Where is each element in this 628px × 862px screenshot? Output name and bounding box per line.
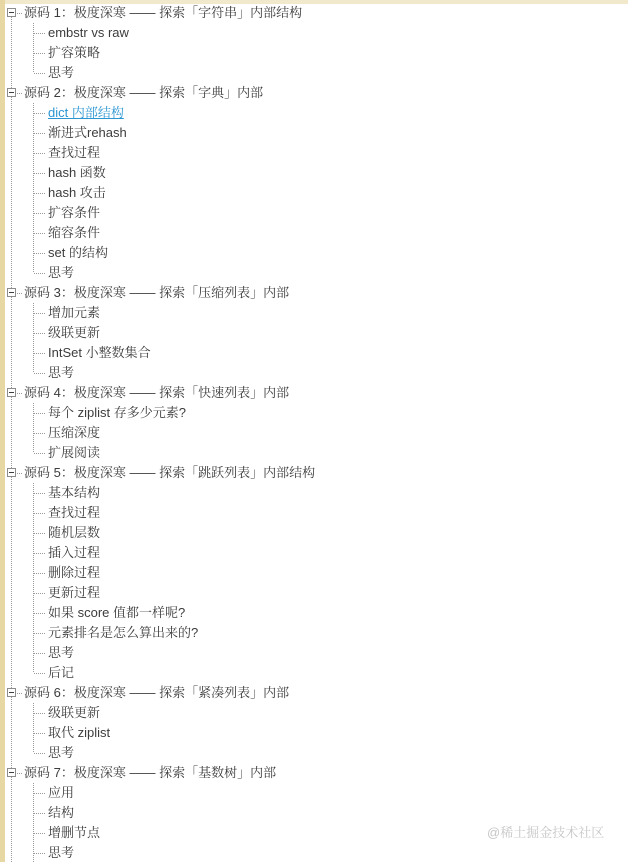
minus-glyph: [9, 12, 14, 13]
tree-child-label: IntSet 小整数集合: [48, 345, 151, 360]
tree-root-label: 源码 2：极度深寒 —— 探索「字典」内部: [24, 85, 263, 100]
tree-child-label: 增删节点: [48, 825, 100, 840]
tree-children: embstr vs raw 扩容策略 思考: [0, 23, 628, 83]
tree-child-label: 思考: [48, 365, 74, 380]
tree-children: 级联更新 取代 ziplist 思考: [0, 703, 628, 763]
tree-connector: [17, 393, 23, 394]
tree-child-item[interactable]: 基本结构: [0, 483, 628, 503]
tree-child-item[interactable]: 更新过程: [0, 583, 628, 603]
tree-child-label: 随机层数: [48, 525, 100, 540]
tree-child-label: 缩容条件: [48, 225, 100, 240]
tree-child-item[interactable]: hash 函数: [0, 163, 628, 183]
tree-children: 增加元素 级联更新 IntSet 小整数集合 思考: [0, 303, 628, 383]
minus-glyph: [9, 692, 14, 693]
minus-glyph: [9, 292, 14, 293]
minus-glyph: [9, 472, 14, 473]
tree-child-item[interactable]: IntSet 小整数集合: [0, 343, 628, 363]
tree-root-label: 源码 3：极度深寒 —— 探索「压缩列表」内部: [24, 285, 289, 300]
collapse-icon[interactable]: [7, 88, 16, 97]
tree-child-item[interactable]: 思考: [0, 843, 628, 862]
collapse-icon[interactable]: [7, 468, 16, 477]
tree-child-label: 更新过程: [48, 585, 100, 600]
tree-child-label: 元素排名是怎么算出来的?: [48, 625, 198, 640]
tree-child-item[interactable]: 查找过程: [0, 143, 628, 163]
tree-child-item[interactable]: 扩容策略: [0, 43, 628, 63]
tree-connector: [17, 693, 23, 694]
tree-group: 源码 7：极度深寒 —— 探索「基数树」内部 应用 结构 增删节点 思考: [0, 763, 628, 862]
tree-child-item[interactable]: 删除过程: [0, 563, 628, 583]
collapse-icon[interactable]: [7, 768, 16, 777]
tree-root-label: 源码 5：极度深寒 —— 探索「跳跃列表」内部结构: [24, 465, 315, 480]
collapse-icon[interactable]: [7, 688, 16, 697]
tree-child-item[interactable]: 思考: [0, 643, 628, 663]
tree-child-label: 扩容策略: [48, 45, 100, 60]
tree-connector: [17, 93, 23, 94]
tree-children: 应用 结构 增删节点 思考: [0, 783, 628, 862]
tree-root-label: 源码 1：极度深寒 —— 探索「字符串」内部结构: [24, 5, 302, 20]
tree-child-label: 基本结构: [48, 485, 100, 500]
tree-child-label: 思考: [48, 65, 74, 80]
toc-tree: 源码 1：极度深寒 —— 探索「字符串」内部结构 embstr vs raw 扩…: [0, 3, 628, 862]
tree-child-item[interactable]: 缩容条件: [0, 223, 628, 243]
tree-child-item[interactable]: 如果 score 值都一样呢?: [0, 603, 628, 623]
tree-child-item[interactable]: 增加元素: [0, 303, 628, 323]
tree-child-item[interactable]: 后记: [0, 663, 628, 683]
tree-child-item[interactable]: 思考: [0, 363, 628, 383]
tree-child-label: 如果 score 值都一样呢?: [48, 605, 185, 620]
tree-child-item[interactable]: 结构: [0, 803, 628, 823]
tree-child-label: 结构: [48, 805, 74, 820]
tree-child-label: 删除过程: [48, 565, 100, 580]
tree-child-label: 查找过程: [48, 145, 100, 160]
tree-child-label: 取代 ziplist: [48, 725, 110, 740]
tree-child-item[interactable]: 增删节点: [0, 823, 628, 843]
tree-root-item[interactable]: 源码 5：极度深寒 —— 探索「跳跃列表」内部结构: [0, 463, 628, 483]
tree-children: 基本结构 查找过程 随机层数 插入过程 删除过程 更新过程 如果 score 值…: [0, 483, 628, 683]
tree-root-item[interactable]: 源码 7：极度深寒 —— 探索「基数树」内部: [0, 763, 628, 783]
toc-link[interactable]: dict 内部结构: [48, 105, 124, 120]
tree-child-item[interactable]: 元素排名是怎么算出来的?: [0, 623, 628, 643]
tree-child-label: embstr vs raw: [48, 25, 129, 40]
collapse-icon[interactable]: [7, 388, 16, 397]
tree-root-item[interactable]: 源码 6：极度深寒 —— 探索「紧凑列表」内部: [0, 683, 628, 703]
tree-child-item[interactable]: set 的结构: [0, 243, 628, 263]
minus-glyph: [9, 392, 14, 393]
tree-child-item[interactable]: 取代 ziplist: [0, 723, 628, 743]
tree-child-item[interactable]: 思考: [0, 263, 628, 283]
tree-root-item[interactable]: 源码 3：极度深寒 —— 探索「压缩列表」内部: [0, 283, 628, 303]
collapse-icon[interactable]: [7, 288, 16, 297]
tree-child-item[interactable]: 插入过程: [0, 543, 628, 563]
tree-connector: [17, 473, 23, 474]
tree-child-label: 级联更新: [48, 705, 100, 720]
collapse-icon[interactable]: [7, 8, 16, 17]
tree-child-label: 级联更新: [48, 325, 100, 340]
tree-child-item[interactable]: 随机层数: [0, 523, 628, 543]
tree-connector: [17, 13, 23, 14]
tree-child-label: 插入过程: [48, 545, 100, 560]
tree-child-label: 思考: [48, 645, 74, 660]
tree-child-item[interactable]: 扩展阅读: [0, 443, 628, 463]
tree-child-item[interactable]: hash 攻击: [0, 183, 628, 203]
tree-root-label: 源码 4：极度深寒 —— 探索「快速列表」内部: [24, 385, 289, 400]
tree-connector: [17, 293, 23, 294]
tree-connector: [17, 773, 23, 774]
tree-child-item-link[interactable]: dict 内部结构: [0, 103, 628, 123]
tree-root-item[interactable]: 源码 4：极度深寒 —— 探索「快速列表」内部: [0, 383, 628, 403]
tree-child-item[interactable]: 思考: [0, 63, 628, 83]
tree-child-label: 查找过程: [48, 505, 100, 520]
tree-child-item[interactable]: 扩容条件: [0, 203, 628, 223]
tree-child-item[interactable]: 级联更新: [0, 323, 628, 343]
tree-root-label: 源码 7：极度深寒 —— 探索「基数树」内部: [24, 765, 276, 780]
tree-child-label: 后记: [48, 665, 74, 680]
tree-root-label: 源码 6：极度深寒 —— 探索「紧凑列表」内部: [24, 685, 289, 700]
tree-child-item[interactable]: embstr vs raw: [0, 23, 628, 43]
tree-group: 源码 3：极度深寒 —— 探索「压缩列表」内部 增加元素 级联更新 IntSet…: [0, 283, 628, 383]
tree-child-label: 思考: [48, 265, 74, 280]
tree-child-label: 每个 ziplist 存多少元素?: [48, 405, 186, 420]
tree-group: 源码 2：极度深寒 —— 探索「字典」内部 dict 内部结构 渐进式rehas…: [0, 83, 628, 283]
tree-child-item[interactable]: 思考: [0, 743, 628, 763]
tree-child-label: 压缩深度: [48, 425, 100, 440]
tree-group: 源码 1：极度深寒 —— 探索「字符串」内部结构 embstr vs raw 扩…: [0, 3, 628, 83]
tree-child-label: set 的结构: [48, 245, 108, 260]
tree-child-label: 思考: [48, 845, 74, 860]
tree-children: 每个 ziplist 存多少元素? 压缩深度 扩展阅读: [0, 403, 628, 463]
minus-glyph: [9, 772, 14, 773]
tree-child-item[interactable]: 每个 ziplist 存多少元素?: [0, 403, 628, 423]
tree-group: 源码 4：极度深寒 —— 探索「快速列表」内部 每个 ziplist 存多少元素…: [0, 383, 628, 463]
minus-glyph: [9, 92, 14, 93]
tree-root-item[interactable]: 源码 2：极度深寒 —— 探索「字典」内部: [0, 83, 628, 103]
tree-group: 源码 5：极度深寒 —— 探索「跳跃列表」内部结构 基本结构 查找过程 随机层数…: [0, 463, 628, 683]
tree-child-label: 扩展阅读: [48, 445, 100, 460]
tree-children: dict 内部结构 渐进式rehash 查找过程 hash 函数 hash 攻击…: [0, 103, 628, 283]
tree-root-item[interactable]: 源码 1：极度深寒 —— 探索「字符串」内部结构: [0, 3, 628, 23]
tree-child-label: 思考: [48, 745, 74, 760]
tree-group: 源码 6：极度深寒 —— 探索「紧凑列表」内部 级联更新 取代 ziplist …: [0, 683, 628, 763]
tree-child-label: hash 函数: [48, 165, 106, 180]
tree-child-item[interactable]: 级联更新: [0, 703, 628, 723]
tree-child-item[interactable]: 应用: [0, 783, 628, 803]
tree-child-label: 应用: [48, 785, 74, 800]
tree-child-label: 渐进式rehash: [48, 125, 127, 140]
tree-child-item[interactable]: 查找过程: [0, 503, 628, 523]
tree-child-label: hash 攻击: [48, 185, 106, 200]
tree-child-item[interactable]: 压缩深度: [0, 423, 628, 443]
tree-child-label: 扩容条件: [48, 205, 100, 220]
tree-child-item[interactable]: 渐进式rehash: [0, 123, 628, 143]
tree-child-label: 增加元素: [48, 305, 100, 320]
